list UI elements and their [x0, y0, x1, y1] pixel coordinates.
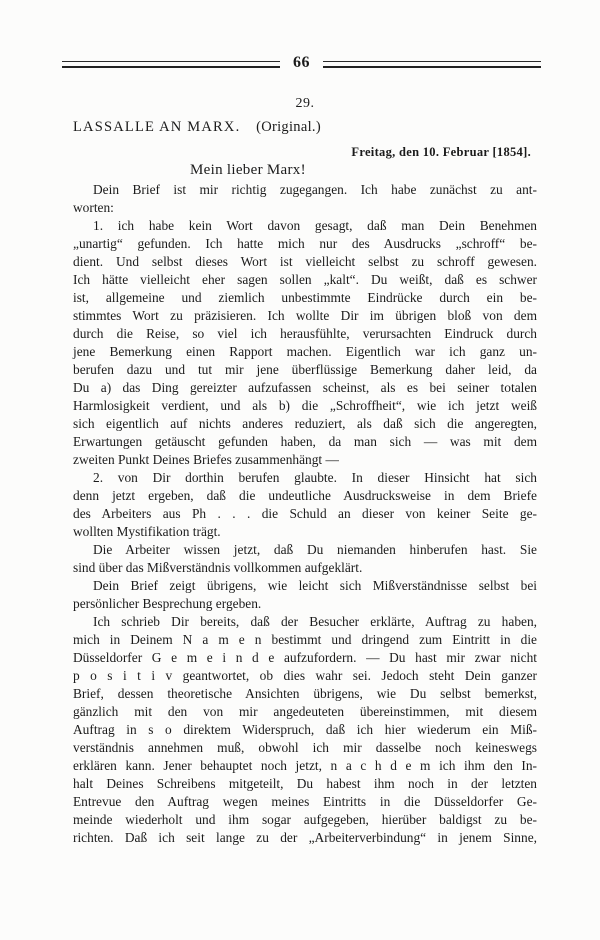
letter-number: 29.	[73, 96, 537, 112]
paragraph: Die Arbeiter wissen jetzt, daß Du nieman…	[73, 541, 537, 577]
dateline: Freitag, den 10. Februar [1854].	[73, 145, 531, 160]
text-line: jene Bemerkung einen Rapport machen. Eig…	[73, 343, 537, 361]
page-header: 66	[62, 56, 541, 72]
text-line: meinde wiederholt und ihm sogar aufgegeb…	[73, 811, 537, 829]
text-line: Ich schrieb Dir bereits, daß der Besuche…	[73, 613, 537, 631]
text-line: denn jetzt ergeben, daß die undeutliche …	[73, 487, 537, 505]
salutation: Mein lieber Marx!	[190, 162, 306, 179]
letter-body: Dein Brief ist mir richtig zugegangen. I…	[73, 181, 537, 847]
text-line: Du a) das Ding gereizter aufzufassen sch…	[73, 379, 537, 397]
text-line: gänzlich mit den von mir angedeuteten üb…	[73, 703, 537, 721]
text-line: sich eigentlich auf nichts anderes reduz…	[73, 415, 537, 433]
text-line: persönlicher Besprechung ergeben.	[73, 595, 537, 613]
text-line: Die Arbeiter wissen jetzt, daß Du nieman…	[73, 541, 537, 559]
text-line: erklären kann. Jener behauptet noch jetz…	[73, 757, 537, 775]
text-line: Erwartungen getäuscht gefunden haben, da…	[73, 433, 537, 451]
text-line: des Arbeiters aus Ph . . . die Schuld an…	[73, 505, 537, 523]
text-line: stimmtes Wort zu präzisieren. Ich wollte…	[73, 307, 537, 325]
text-line: ist, allgemeine und ziemlich unbestimmte…	[73, 289, 537, 307]
text-line: Dein Brief zeigt übrigens, wie leicht si…	[73, 577, 537, 595]
text-line: berufen dazu und tut mir jene überflüssi…	[73, 361, 537, 379]
text-line: verständnis annehmen muß, obwohl ich mir…	[73, 739, 537, 757]
text-line: Entrevue den Auftrag wegen meines Eintri…	[73, 793, 537, 811]
text-line: Ich hätte vielleicht eher sagen sollen „…	[73, 271, 537, 289]
text-line: „unartig“ gefunden. Ich hatte mich nur d…	[73, 235, 537, 253]
text-line: worten:	[73, 199, 537, 217]
text-line: durch die Reise, so viel ich herausfühlt…	[73, 325, 537, 343]
text-line: Dein Brief ist mir richtig zugegangen. I…	[73, 181, 537, 199]
text-line: zweiten Punkt Deines Briefes zusammenhän…	[73, 451, 537, 469]
paragraph: Dein Brief ist mir richtig zugegangen. I…	[73, 181, 537, 217]
text-line: halt Deines Schreibens mitgeteilt, Du ha…	[73, 775, 537, 793]
text-line: wollten Mystifikation trägt.	[73, 523, 537, 541]
page-number: 66	[293, 55, 310, 71]
letter-title-text: LASSALLE AN MARX.	[73, 119, 240, 135]
text-line: Brief, dessen theoretische Ansichten übr…	[73, 685, 537, 703]
text-line: richten. Daß ich seit lange zu der „Arbe…	[73, 829, 537, 847]
text-line: p o s i t i v geantwortet, ob dies wahr …	[73, 667, 537, 685]
text-line: Düsseldorfer G e m e i n d e aufzuforder…	[73, 649, 537, 667]
header-rule-left	[62, 61, 280, 68]
text-line: mich in Deinem N a m e n bestimmt und dr…	[73, 631, 537, 649]
text-line: sind über das Mißverständnis vollkommen …	[73, 559, 537, 577]
paragraph: Ich schrieb Dir bereits, daß der Besuche…	[73, 613, 537, 847]
text-line: 1. ich habe kein Wort davon gesagt, daß …	[73, 217, 537, 235]
book-page: 66 29. LASSALLE AN MARX. (Original.) Fre…	[0, 0, 600, 940]
paragraph: 2. von Dir dorthin berufen glaubte. In d…	[73, 469, 537, 541]
letter-title: LASSALLE AN MARX. (Original.)	[73, 119, 537, 136]
text-line: 2. von Dir dorthin berufen glaubte. In d…	[73, 469, 537, 487]
paragraph: 1. ich habe kein Wort davon gesagt, daß …	[73, 217, 537, 469]
text-line: Harmlosigkeit verdient, und als b) die „…	[73, 397, 537, 415]
paragraph: Dein Brief zeigt übrigens, wie leicht si…	[73, 577, 537, 613]
letter-title-suffix: (Original.)	[256, 119, 321, 135]
text-line: Auftrag in s o direktem Widerspruch, daß…	[73, 721, 537, 739]
header-rule-right	[323, 61, 541, 68]
text-line: dient. Und selbst dieses Wort ist vielle…	[73, 253, 537, 271]
